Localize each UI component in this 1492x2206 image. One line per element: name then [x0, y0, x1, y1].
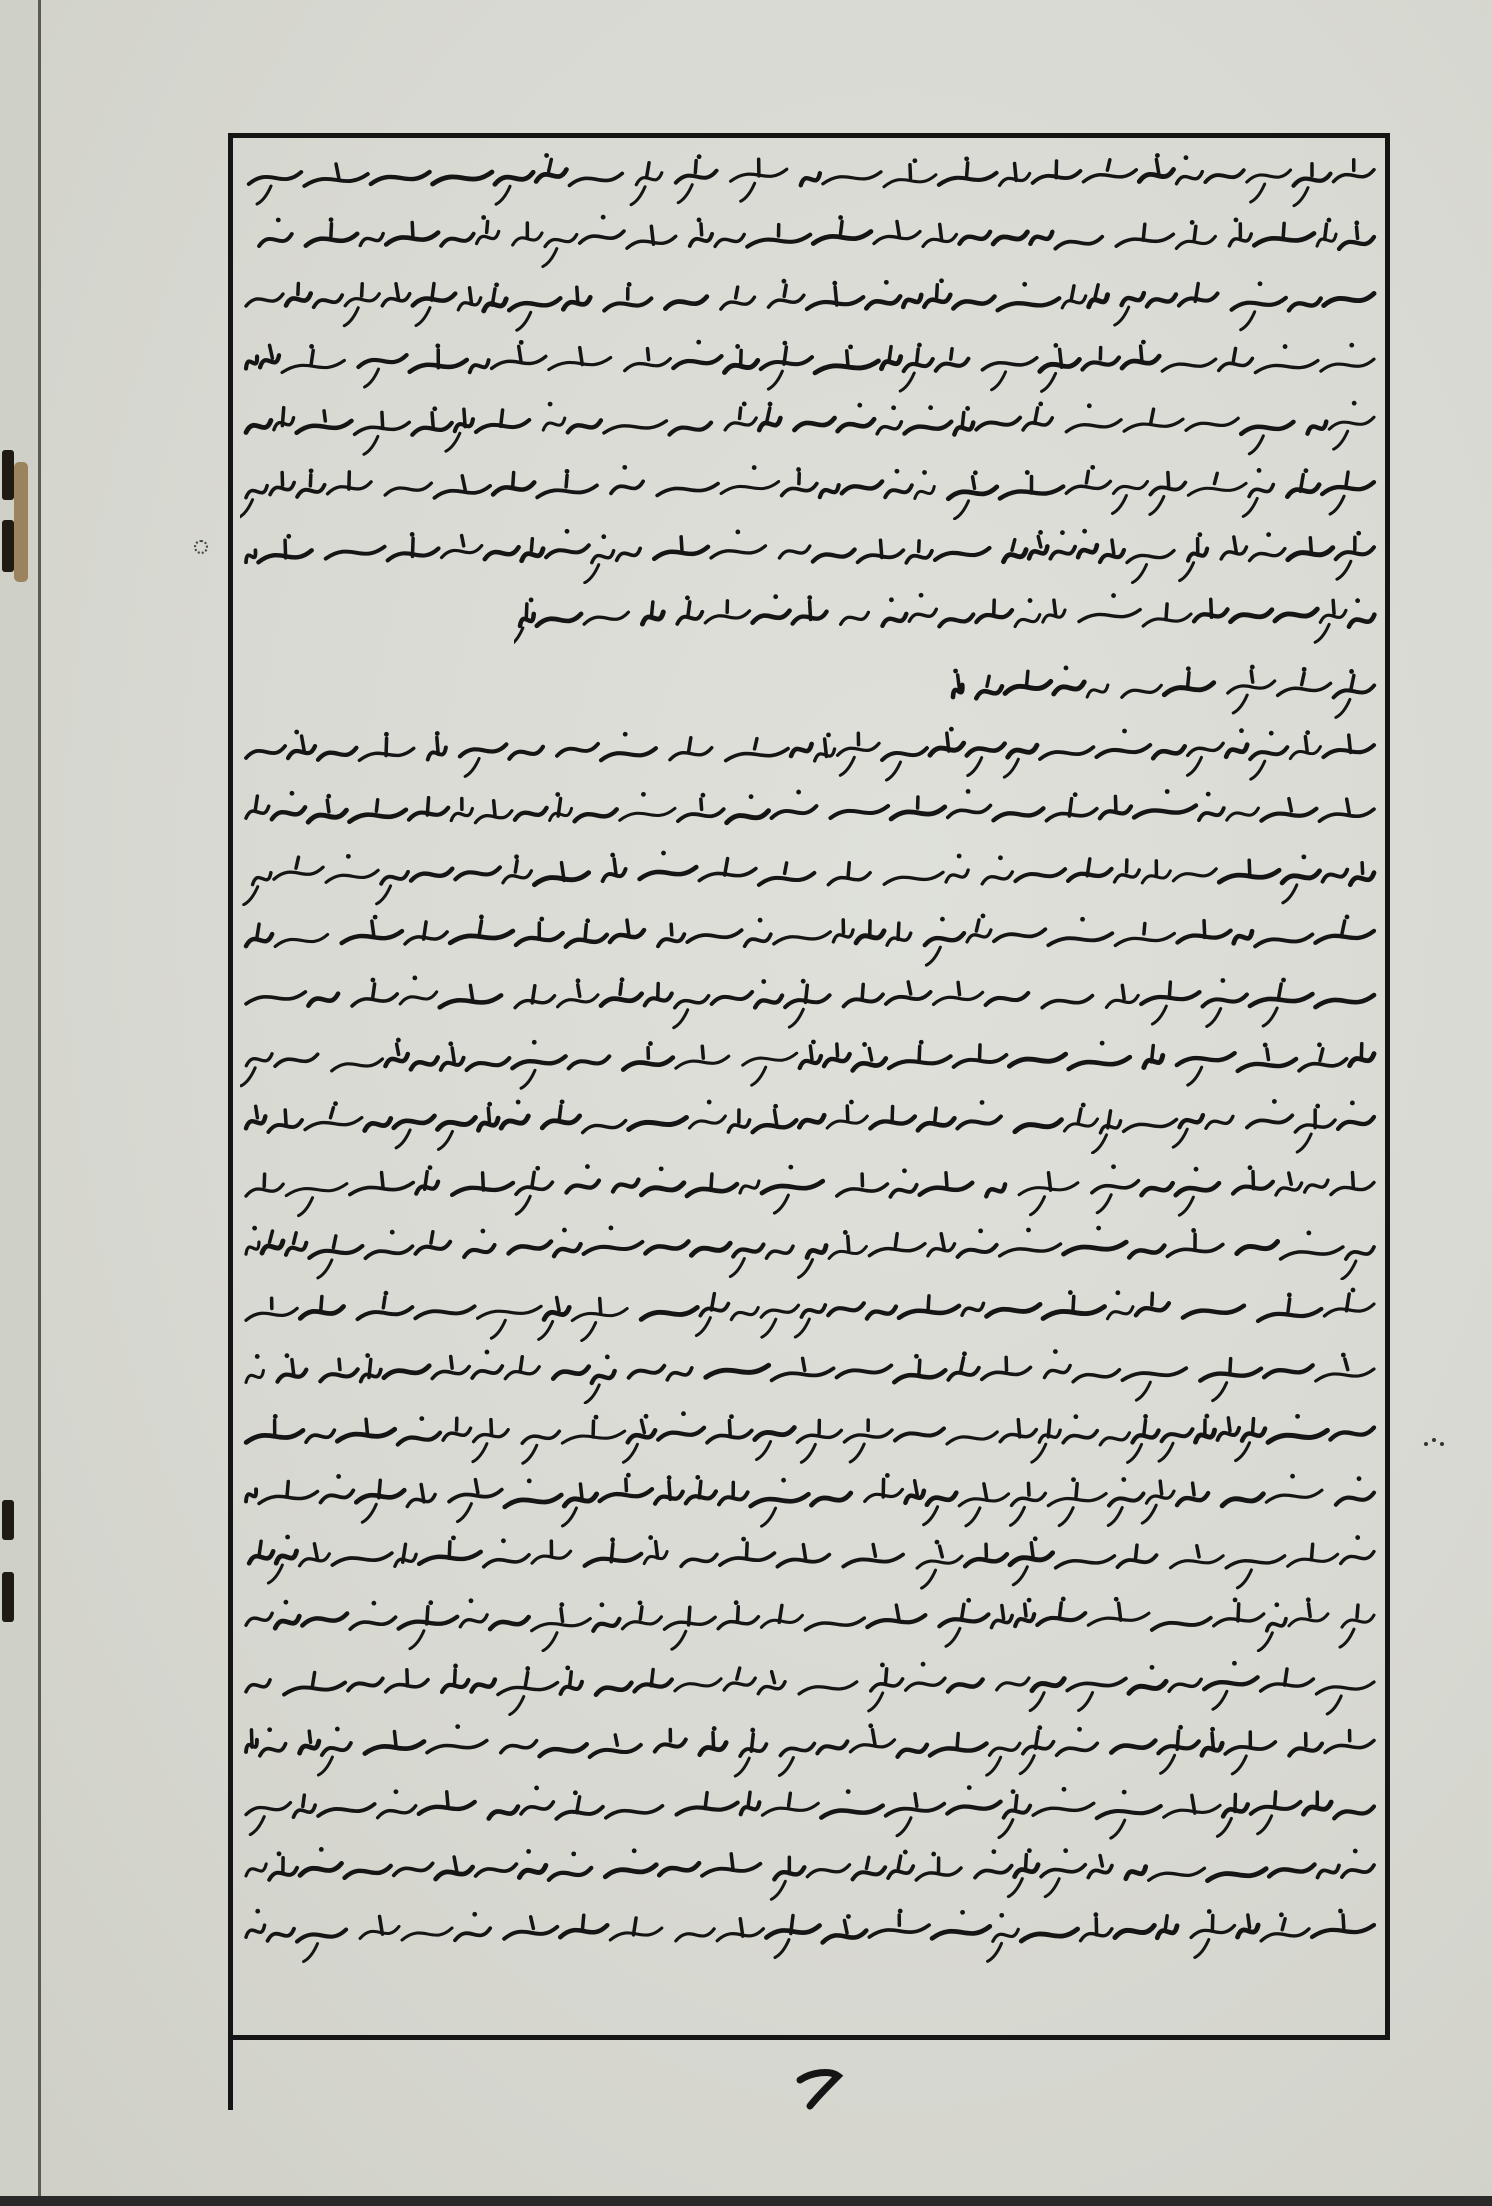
- handwriting-strokes-icon: [240, 1658, 1380, 1716]
- handwriting-strokes-icon: [240, 1096, 1380, 1154]
- handwriting-strokes-icon: [240, 1160, 1380, 1218]
- manuscript-line: [240, 1096, 1380, 1154]
- manuscript-line: [240, 1906, 1380, 1964]
- handwriting-strokes-icon: [240, 150, 1380, 208]
- handwriting-strokes-icon: [240, 1470, 1380, 1528]
- ink-speck: [1432, 1438, 1436, 1442]
- manuscript-page: ܒ: [0, 0, 1492, 2206]
- manuscript-line: [240, 724, 1380, 782]
- manuscript-line: [240, 398, 1380, 456]
- manuscript-line: [240, 1532, 1380, 1590]
- ink-speck: [1440, 1442, 1444, 1446]
- ink-speck: [1424, 1442, 1428, 1446]
- manuscript-line: [240, 1160, 1380, 1218]
- page-number-glyph-icon: [790, 2058, 850, 2118]
- manuscript-line: [947, 662, 1380, 720]
- manuscript-line: [240, 1782, 1380, 1840]
- handwriting-strokes-icon: [240, 910, 1380, 968]
- handwriting-strokes-icon: [514, 590, 1380, 648]
- rust-stain: [14, 462, 28, 582]
- manuscript-line: [240, 1470, 1380, 1528]
- manuscript-line: [514, 590, 1380, 648]
- handwriting-strokes-icon: [240, 212, 1380, 270]
- manuscript-line: [240, 1034, 1380, 1092]
- handwriting-strokes-icon: [240, 1222, 1380, 1280]
- manuscript-line: [240, 1284, 1380, 1342]
- manuscript-line: [240, 1720, 1380, 1778]
- handwriting-strokes-icon: [240, 786, 1380, 844]
- handwriting-strokes-icon: [240, 1284, 1380, 1342]
- manuscript-line: [240, 336, 1380, 394]
- manuscript-line: [240, 972, 1380, 1030]
- manuscript-line: [240, 212, 1380, 270]
- handwriting-strokes-icon: [240, 724, 1380, 782]
- handwriting-strokes-icon: [240, 274, 1380, 332]
- staple-mark: [2, 1572, 14, 1622]
- manuscript-line: [240, 526, 1380, 584]
- handwriting-strokes-icon: [240, 972, 1380, 1030]
- ink-speck: [194, 540, 208, 554]
- page-number: ܒ: [790, 2058, 850, 2118]
- scan-edge-shadow: [0, 2196, 1492, 2206]
- handwriting-strokes-icon: [240, 1408, 1380, 1466]
- handwriting-strokes-icon: [240, 526, 1380, 584]
- manuscript-line: [240, 274, 1380, 332]
- handwriting-strokes-icon: [240, 1906, 1380, 1964]
- binding-spine: [0, 0, 41, 2206]
- handwriting-strokes-icon: [240, 462, 1380, 520]
- handwriting-strokes-icon: [240, 1034, 1380, 1092]
- handwriting-strokes-icon: [240, 1782, 1380, 1840]
- handwriting-strokes-icon: [947, 662, 1380, 720]
- manuscript-line: [240, 1658, 1380, 1716]
- handwriting-strokes-icon: [240, 1720, 1380, 1778]
- handwriting-strokes-icon: [240, 1346, 1380, 1404]
- handwriting-strokes-icon: [240, 398, 1380, 456]
- manuscript-line: [240, 1222, 1380, 1280]
- manuscript-line: [240, 1844, 1380, 1902]
- handwriting-strokes-icon: [240, 1844, 1380, 1902]
- manuscript-line: [240, 910, 1380, 968]
- manuscript-line: [240, 1594, 1380, 1652]
- manuscript-line: [240, 848, 1380, 906]
- manuscript-line: [240, 1408, 1380, 1466]
- manuscript-line: [240, 1346, 1380, 1404]
- manuscript-line: [240, 150, 1380, 208]
- staple-mark: [2, 450, 14, 500]
- manuscript-line: [240, 786, 1380, 844]
- handwriting-strokes-icon: [240, 1594, 1380, 1652]
- manuscript-line: [240, 462, 1380, 520]
- staple-mark: [2, 520, 14, 572]
- handwriting-strokes-icon: [240, 1532, 1380, 1590]
- staple-mark: [2, 1500, 14, 1540]
- handwriting-strokes-icon: [240, 848, 1380, 906]
- frame-rule-extension: [228, 2040, 233, 2110]
- handwriting-strokes-icon: [240, 336, 1380, 394]
